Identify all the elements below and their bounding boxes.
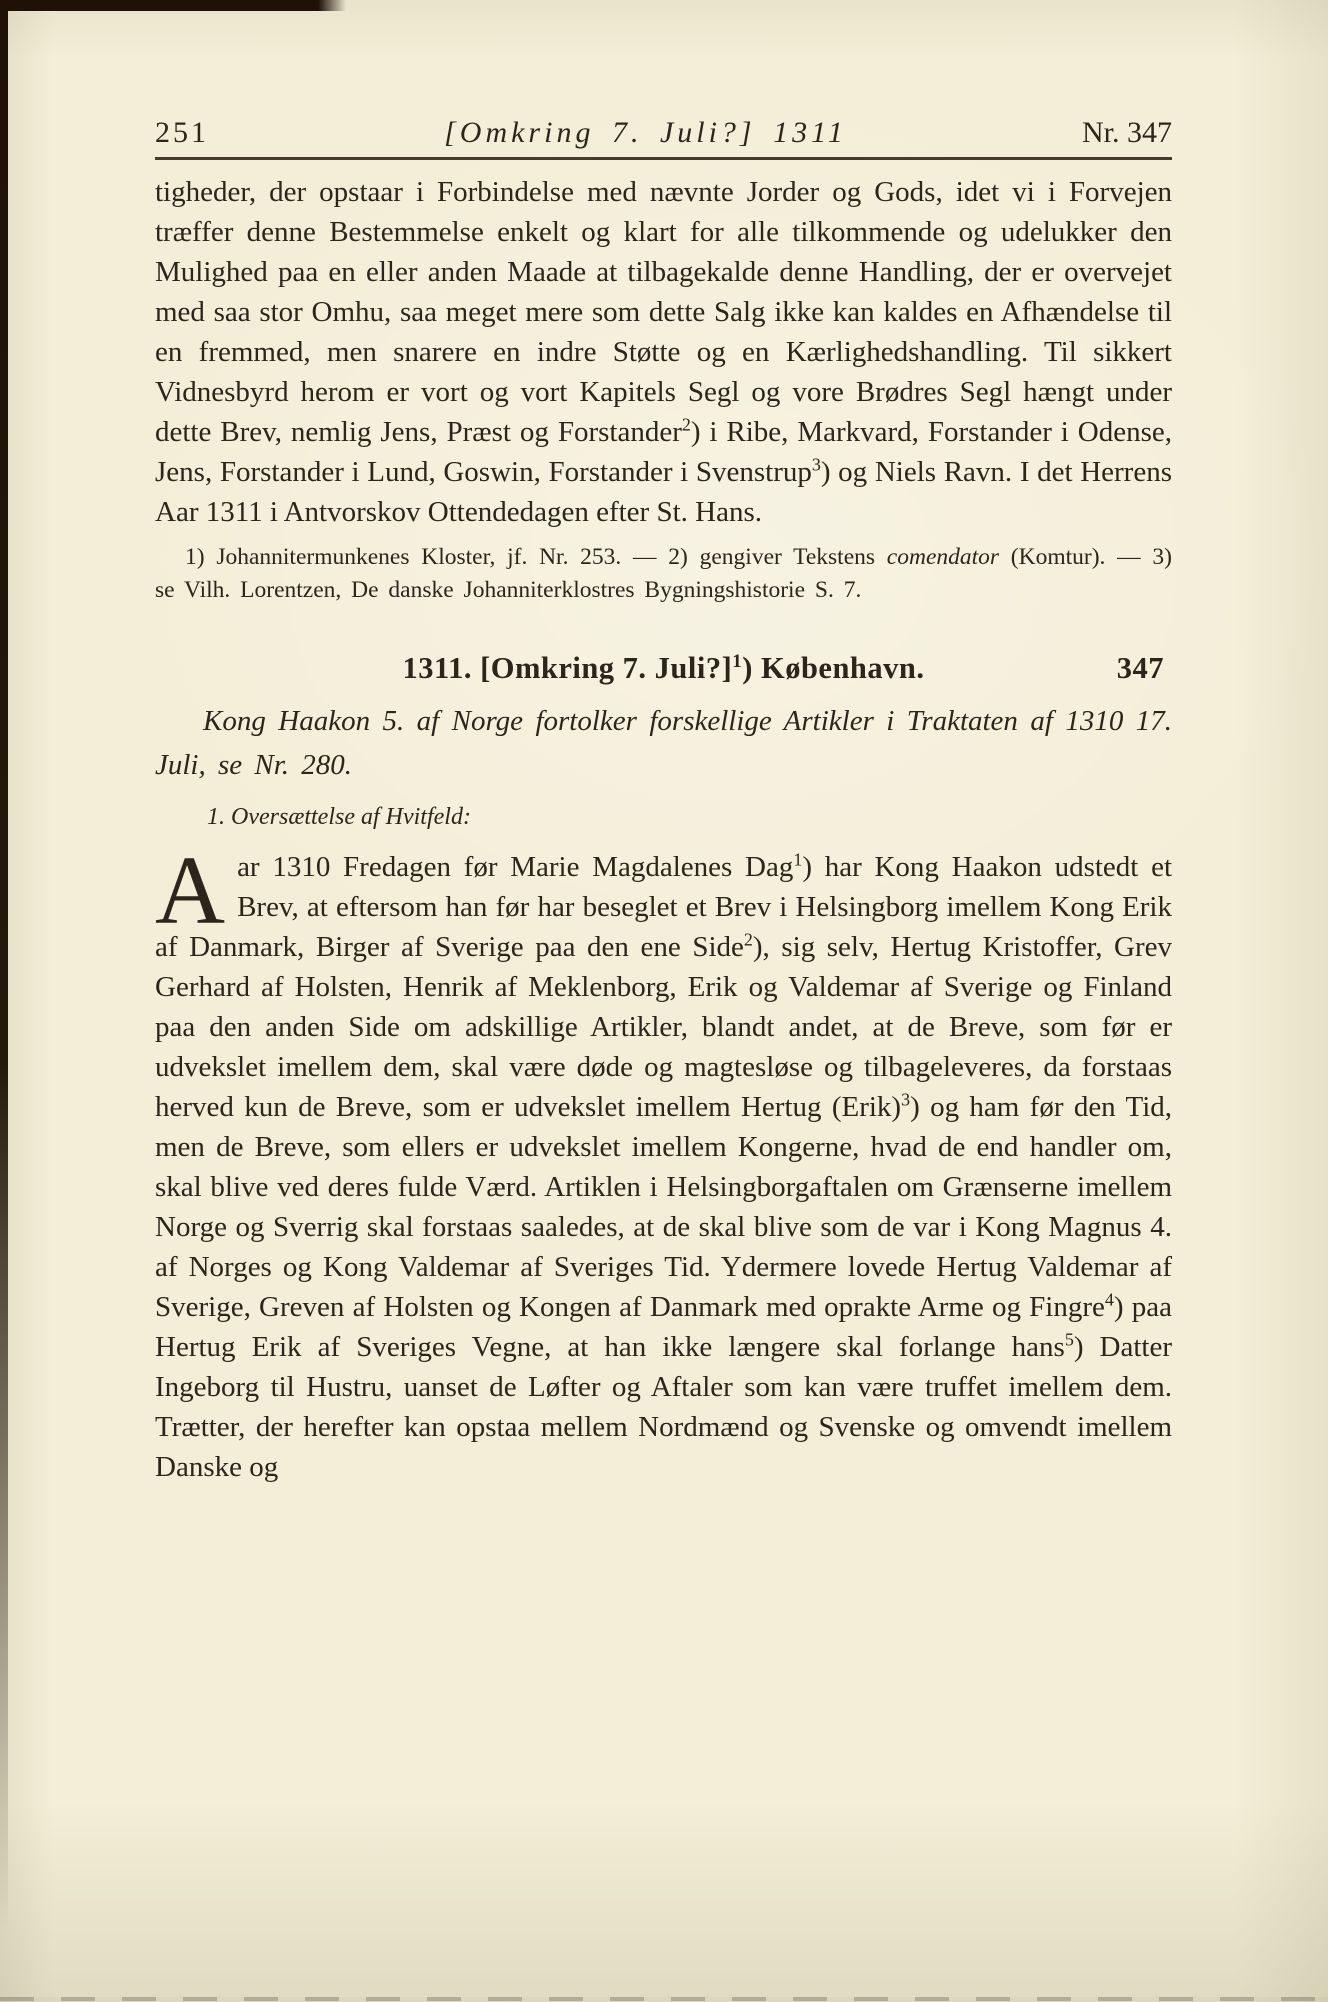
scan-edge-bottom <box>0 1997 1328 2001</box>
scan-edge-top <box>0 0 346 11</box>
scan-edge-left <box>0 0 8 1930</box>
footnotes-block: 1) Johannitermunkenes Kloster, jf. Nr. 2… <box>155 541 1172 607</box>
book-page: 251 [Omkring 7. Juli?] 1311 Nr. 347 tigh… <box>0 0 1328 2002</box>
running-title: [Omkring 7. Juli?] 1311 <box>444 116 847 150</box>
entry-heading-row: 1311. [Omkring 7. Juli?]1) København. 34… <box>155 651 1172 686</box>
entry-body: Aar 1310 Fredagen før Marie Magdalenes D… <box>155 847 1172 1487</box>
continuation-paragraph: tigheder, der opstaar i Forbindelse med … <box>155 172 1172 532</box>
page-number: 251 <box>155 116 209 150</box>
entry-heading: 1311. [Omkring 7. Juli?]1) København. <box>403 651 925 685</box>
entry-number: 347 <box>1117 651 1164 686</box>
entry-body-text: ar 1310 Fredagen før Marie Magdalenes Da… <box>155 851 1172 1483</box>
entry-summary: Kong Haakon 5. af Norge fortolker forske… <box>155 699 1172 787</box>
drop-cap: A <box>155 847 237 927</box>
header-rule <box>155 157 1172 160</box>
entry-source-label: 1. Oversættelse af Hvitfeld: <box>207 804 1172 831</box>
document-number-label: Nr. 347 <box>1082 116 1172 150</box>
page-content: 251 [Omkring 7. Juli?] 1311 Nr. 347 tigh… <box>155 116 1172 1487</box>
running-header: 251 [Omkring 7. Juli?] 1311 Nr. 347 <box>155 116 1172 150</box>
